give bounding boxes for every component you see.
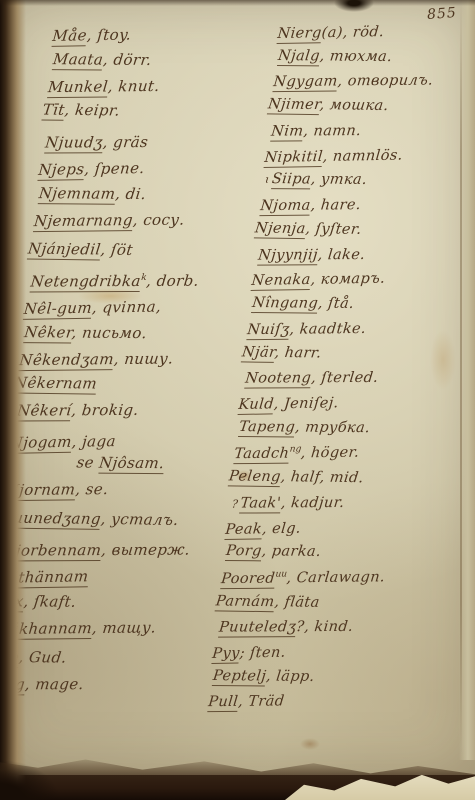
entry-headword: Tapeng <box>238 419 296 437</box>
entry-headword: Tīt <box>41 101 65 121</box>
entry-gloss: , ſöt <box>100 241 134 259</box>
entry-line: Netengdribkak, dorb. <box>30 273 247 291</box>
entry-line: Njeps, ſpene. <box>38 158 255 179</box>
entry-line: Taadchng, höger. <box>233 443 463 462</box>
entry-headword: Njemarnang <box>33 211 134 232</box>
entry-gloss: , dorb. <box>145 272 199 290</box>
entry-line: Pyy; ſten. <box>212 642 442 662</box>
entry-gloss: , qvinna, <box>91 297 162 316</box>
entry-line: Munkel, knut. <box>47 76 264 95</box>
entry-continuation: se Njôsam. <box>76 454 227 472</box>
entry-line: Njuudʒ, gräs <box>44 134 261 152</box>
entry-gloss: , тащу. <box>91 618 157 637</box>
entry-line: Nenaka, комаръ. <box>251 269 475 289</box>
entry-gloss: , keipr. <box>64 101 121 120</box>
entry-headword: Njánjedil <box>27 240 102 261</box>
entry-gloss: , half, mid. <box>280 469 365 486</box>
entry-line: Nuunedʒang, усталъ. <box>0 510 215 530</box>
entry-headword: Njemnam <box>38 184 117 205</box>
entry-headword: Pyy <box>211 646 240 664</box>
entry-headword: Taadch <box>233 446 290 465</box>
entry-headword: Nipkitil <box>264 149 324 168</box>
entry-gloss: , kaadtke. <box>289 321 367 338</box>
entry-line: Näthännam <box>0 566 212 587</box>
entry-headword: Nîngang <box>251 295 319 314</box>
entry-line: Nêkerí, brokig. <box>16 402 233 420</box>
entry-headword: Njyynjij <box>257 247 319 265</box>
entry-line: Peak, elg. <box>225 518 455 538</box>
entry-line: Nêl-gum, qvinna, <box>23 297 240 318</box>
entry-gloss: , отворилъ. <box>337 73 434 90</box>
entry-line: Puuteledʒ?, kind. <box>218 619 448 636</box>
entry-gloss: , namn. <box>303 123 362 139</box>
entry-line: Nêker, письмо. <box>23 324 240 343</box>
entry-gloss: , fläta <box>274 594 321 611</box>
entry-prefix: ? <box>231 497 239 510</box>
entry-headword: Parnám <box>215 593 276 612</box>
page-number: 855 <box>427 5 458 23</box>
entry-gloss: , ſtoy. <box>86 26 132 45</box>
entry-line: Nîngang, ſtå. <box>251 295 475 313</box>
entry-gloss: , kadjur. <box>280 495 345 511</box>
entry-headword: Puuteledʒ <box>218 619 297 637</box>
entry-gloss: , gräs <box>102 133 149 151</box>
entry-headword: Måe <box>52 26 88 47</box>
entry-gloss: , усталъ. <box>100 510 180 529</box>
entry-gloss: , hare. <box>310 197 362 214</box>
entry-gloss: , Träd <box>237 694 285 710</box>
entry-gloss: , пишу. <box>113 349 174 368</box>
entry-gloss: , трубка. <box>294 419 371 436</box>
entry-headword: Nêkendʒam <box>18 350 114 371</box>
page-top-shadow <box>0 0 475 6</box>
entry-line: Nuiſʒ, kaadtke. <box>247 320 475 339</box>
entry-gloss: (a), röd. <box>321 24 385 41</box>
entry-line: Njornam, se. <box>5 479 222 498</box>
entry-headword: Njuudʒ <box>44 133 104 153</box>
entry-headword: Kuld <box>238 396 275 415</box>
entry-gloss: , dörr. <box>102 50 152 68</box>
entry-headword: Nooteng <box>244 371 312 389</box>
entry-line: Nipkitil, namnlös. <box>264 146 475 166</box>
entry-gloss: , ſpene. <box>84 159 146 178</box>
entry-headword: Njoma <box>259 198 311 217</box>
entry-gloss: , Jeniſej. <box>273 395 339 412</box>
entry-headword: Njalg <box>277 48 321 66</box>
entry-gloss: , se. <box>75 480 110 498</box>
entry-line: Parnám, fläta <box>215 593 445 612</box>
entry-line: Peleng, half, mid. <box>228 468 458 487</box>
entry-line: Nim, namn. <box>270 122 475 139</box>
entry-gloss: , parka. <box>261 544 322 561</box>
entry-headword: Nêker <box>23 323 73 343</box>
entry-headword: Peptelj <box>212 668 267 686</box>
entry-headword: Munkel <box>47 77 109 98</box>
entry-gloss: , ſyſter. <box>305 221 363 238</box>
entry-gloss: , вытерж. <box>100 541 190 559</box>
entry-line: Njemnam, di. <box>38 185 255 204</box>
entry-line: Nooteng, ſterled. <box>244 370 474 387</box>
entry-line: Njánjedil, ſöt <box>27 241 244 261</box>
entry-gloss: , brokig. <box>71 401 140 419</box>
entry-line: Pooreduu, Carlawagn. <box>220 568 450 587</box>
entry-gloss: , di. <box>114 185 147 203</box>
entry-line: ?Taak', kadjur. <box>231 494 461 511</box>
entry-line: Njäkhannam, тащу. <box>0 618 207 637</box>
entry-headword: Poored <box>220 570 276 589</box>
entry-headword: Netengdribka <box>30 272 142 293</box>
entry-line: Maata, dörr. <box>52 51 269 70</box>
entry-gloss: , сосу. <box>132 210 185 229</box>
entry-line: Njoma, hare. <box>260 196 475 215</box>
entry-headword: Pull <box>207 694 239 712</box>
entry-line: Njimer, мошка. <box>267 97 475 116</box>
entry-headword: Njôsam. <box>98 453 165 474</box>
entry-gloss: , harr. <box>274 344 323 361</box>
entry-gloss: , мошка. <box>319 97 390 114</box>
page-edge-line <box>460 0 462 755</box>
entry-line: Nêkernam <box>13 375 230 395</box>
bottom-left-shadow <box>0 760 60 800</box>
entry-headword: Njär <box>241 344 276 362</box>
entry-line: Nêkendʒam, пишу. <box>19 349 236 368</box>
entry-line: Nierg(a), röd. <box>277 22 475 42</box>
entry-line: Perg, mage. <box>0 676 204 694</box>
entry-gloss: , тюхма. <box>319 48 393 65</box>
entry-gloss: , ſtå. <box>317 296 355 312</box>
entry-line: Måe, ſtoy. <box>52 24 269 45</box>
entry-gloss: , höger. <box>300 445 360 462</box>
entry-gloss: , mage. <box>24 675 85 693</box>
entry-line: ɩSiipa, утка. <box>264 171 475 189</box>
entry-line: Peptelj, läpp. <box>212 668 442 686</box>
entry-prefix: ɩ <box>264 173 270 186</box>
entry-line: Njogam, jaga <box>9 431 226 452</box>
entry-headword: Njeps <box>37 160 85 181</box>
entry-headword: Njenja <box>254 220 307 239</box>
entry-line: Kuld, Jeniſej. <box>238 393 468 413</box>
entry-headword: Porg <box>225 543 263 561</box>
entry-gloss: , elg. <box>261 520 301 537</box>
entry-headword: Nierg <box>277 25 323 44</box>
entry-line: Njorbennam, вытерж. <box>1 542 218 560</box>
entry-line: Njemarnang, сосу. <box>33 210 250 229</box>
entry-line: Njyynjij, lake. <box>257 246 475 263</box>
entry-line: Nup, Gud. <box>0 649 201 669</box>
entry-line: Nix, ſkaft. <box>0 593 212 612</box>
entry-gloss: se <box>76 453 101 471</box>
entry-headword: Nenaka <box>251 272 312 291</box>
entry-gloss: , lake. <box>317 247 366 263</box>
book-spine-shadow <box>0 0 26 800</box>
entry-gloss: , namnlös. <box>322 147 403 164</box>
entry-headword: Nuiſʒ <box>246 322 290 340</box>
entry-headword: Siipa <box>271 171 312 189</box>
entry-line: Tapeng, трубка. <box>238 419 468 437</box>
entry-line: Njalg, тюхма. <box>277 48 475 66</box>
entry-line: Njenja, ſyſter. <box>254 220 475 239</box>
entry-gloss: ?, kind. <box>295 619 353 635</box>
entry-headword: Taak' <box>239 495 281 513</box>
entry-line: Porg, parka. <box>225 543 455 561</box>
paper-stain <box>300 738 320 750</box>
entry-gloss: , jaga <box>71 432 117 451</box>
entry-headword: Nim <box>270 123 304 141</box>
entry-line: Pull, Träd <box>207 692 437 711</box>
entry-headword: Ngygam <box>272 74 338 93</box>
entry-headword: Peleng <box>228 468 282 487</box>
entry-headword: Nêl-gum <box>23 299 93 320</box>
entry-gloss: , Carlawagn. <box>286 569 386 586</box>
entry-gloss: , ſterled. <box>310 370 379 386</box>
entry-line: Njär, harr. <box>241 344 471 363</box>
entry-gloss: , комаръ. <box>310 271 386 288</box>
entry-gloss: , утка. <box>310 172 368 188</box>
entry-line: Tīt, keipr. <box>42 102 259 122</box>
entry-gloss: , knut. <box>107 77 160 96</box>
entry-headword: Peak <box>224 521 262 540</box>
entry-gloss: ; ſten. <box>239 645 287 662</box>
entry-line: Ngygam, отворилъ. <box>273 72 475 91</box>
entry-gloss: , läpp. <box>265 668 315 684</box>
entry-headword: Maata <box>52 50 104 70</box>
entry-headword: Njimer <box>267 97 321 116</box>
manuscript-photo: 855 Måe, ſtoy.Maata, dörr.Munkel, knut.T… <box>0 0 475 800</box>
entry-gloss: , письмо. <box>71 323 148 342</box>
entry-gloss: , ſkaft. <box>23 592 78 610</box>
manuscript-page: 855 Måe, ſtoy.Maata, dörr.Munkel, knut.T… <box>0 0 475 775</box>
